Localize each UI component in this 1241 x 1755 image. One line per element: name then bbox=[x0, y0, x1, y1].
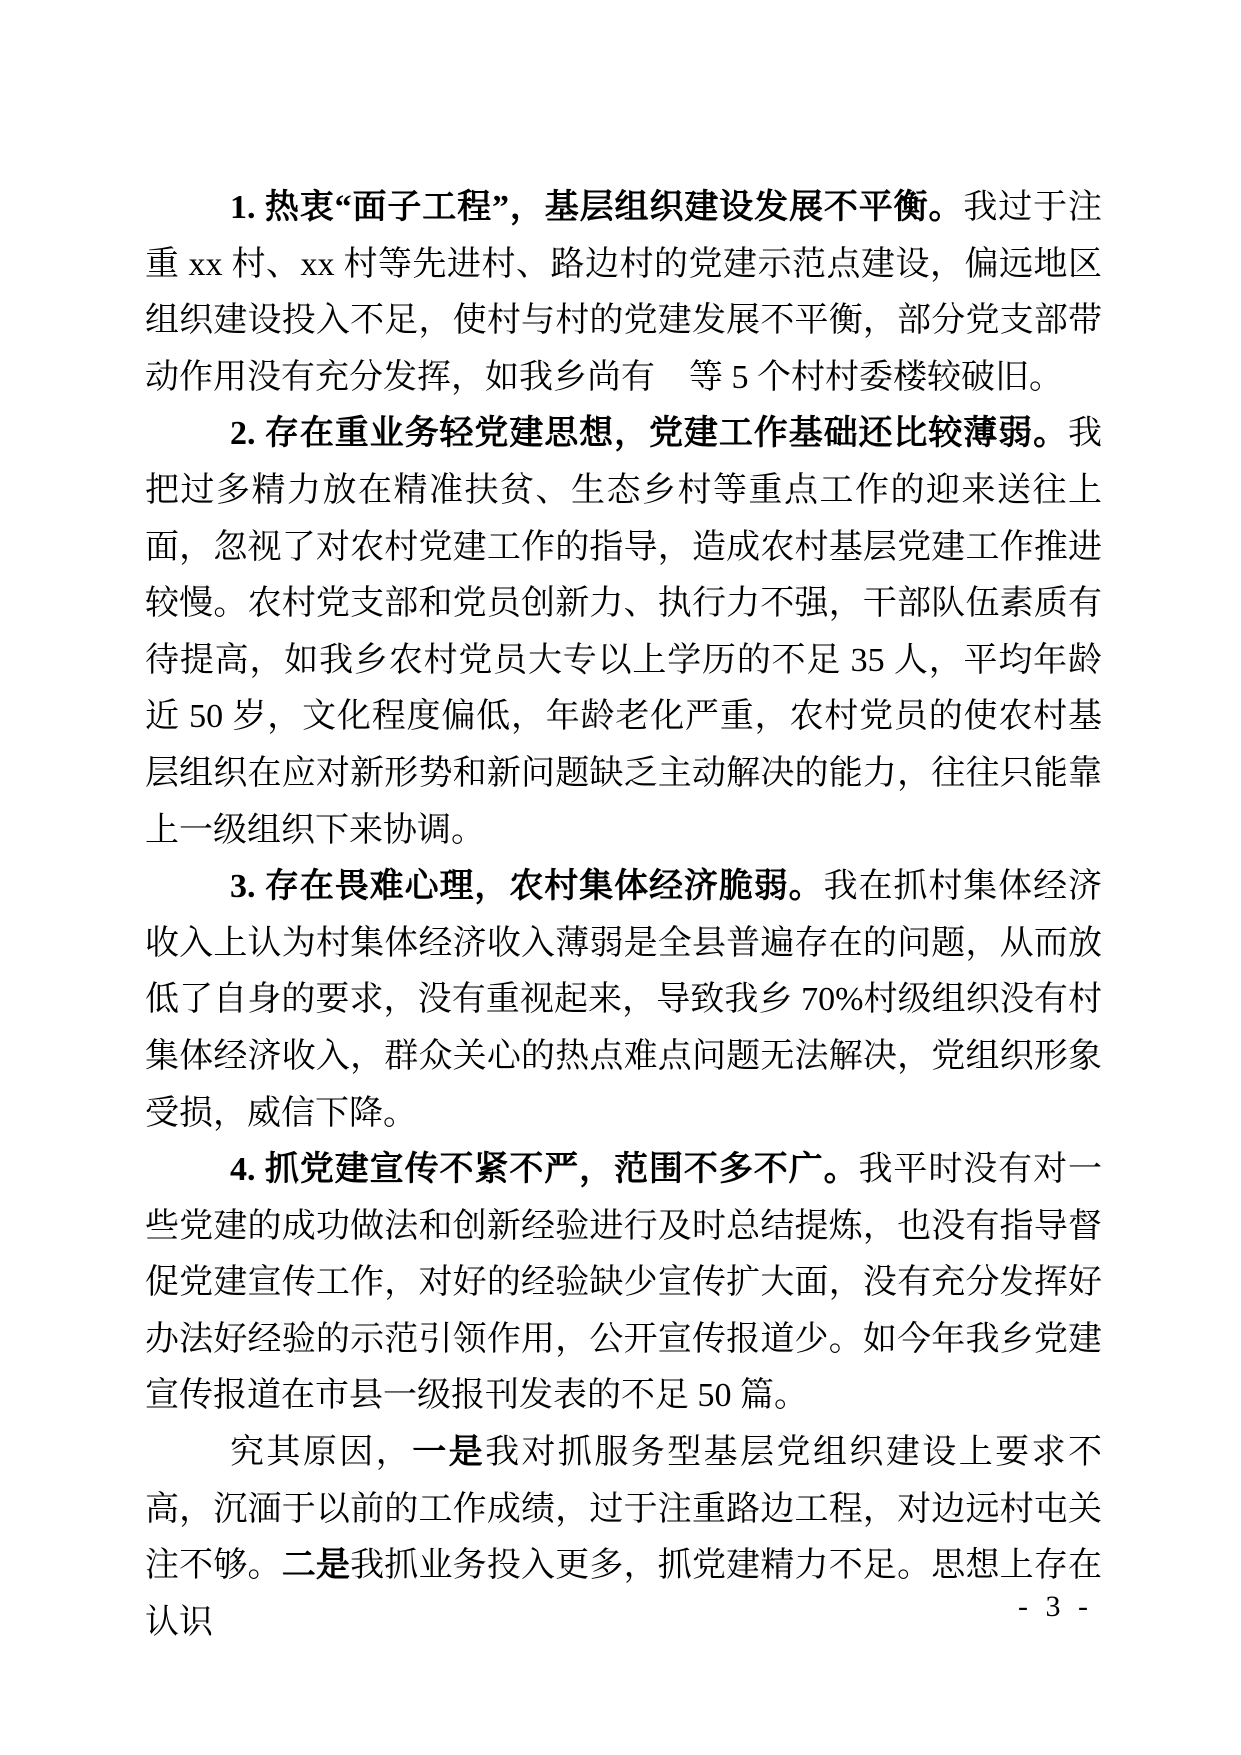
paragraph-2-text: 我把过多精力放在精准扶贫、生态乡村等重点工作的迎来送往上面，忽视了对农村党建工作… bbox=[145, 415, 1102, 848]
paragraph-3: 3. 存在畏难心理，农村集体经济脆弱。我在抓村集体经济收入上认为村集体经济收入薄… bbox=[145, 859, 1102, 1142]
paragraph-1: 1. 热衷“面子工程”，基层组织建设发展不平衡。我过于注重 xx 村、xx 村等… bbox=[145, 180, 1102, 406]
paragraph-3-text: 我在抓村集体经济收入上认为村集体经济收入薄弱是全县普遍存在的问题，从而放低了自身… bbox=[145, 868, 1102, 1131]
document-body: 1. 热衷“面子工程”，基层组织建设发展不平衡。我过于注重 xx 村、xx 村等… bbox=[145, 180, 1102, 1651]
paragraph-2: 2. 存在重业务轻党建思想，党建工作基础还比较薄弱。我把过多精力放在精准扶贫、生… bbox=[145, 406, 1102, 859]
paragraph-4: 4. 抓党建宣传不紧不严，范围不多不广。我平时没有对一些党建的成功做法和创新经验… bbox=[145, 1142, 1102, 1425]
paragraph-4-heading: 4. 抓党建宣传不紧不严，范围不多不广。 bbox=[230, 1151, 859, 1188]
paragraph-5-text-1: 究其原因， bbox=[230, 1434, 412, 1471]
document-page: 1. 热衷“面子工程”，基层组织建设发展不平衡。我过于注重 xx 村、xx 村等… bbox=[0, 0, 1241, 1755]
paragraph-4-text: 我平时没有对一些党建的成功做法和创新经验进行及时总结提炼，也没有指导督促党建宣传… bbox=[145, 1151, 1102, 1414]
paragraph-2-heading: 2. 存在重业务轻党建思想，党建工作基础还比较薄弱。 bbox=[230, 415, 1068, 452]
paragraph-5-emphasis-2: 二是 bbox=[282, 1547, 350, 1584]
paragraph-1-heading: 1. 热衷“面子工程”，基层组织建设发展不平衡。 bbox=[230, 189, 963, 226]
paragraph-5: 究其原因，一是我对抓服务型基层党组织建设上要求不高，沉湎于以前的工作成绩，过于注… bbox=[145, 1425, 1102, 1651]
paragraph-5-emphasis-1: 一是 bbox=[412, 1434, 485, 1471]
page-number: - 3 - bbox=[1018, 1590, 1093, 1624]
paragraph-3-heading: 3. 存在畏难心理，农村集体经济脆弱。 bbox=[230, 868, 824, 905]
